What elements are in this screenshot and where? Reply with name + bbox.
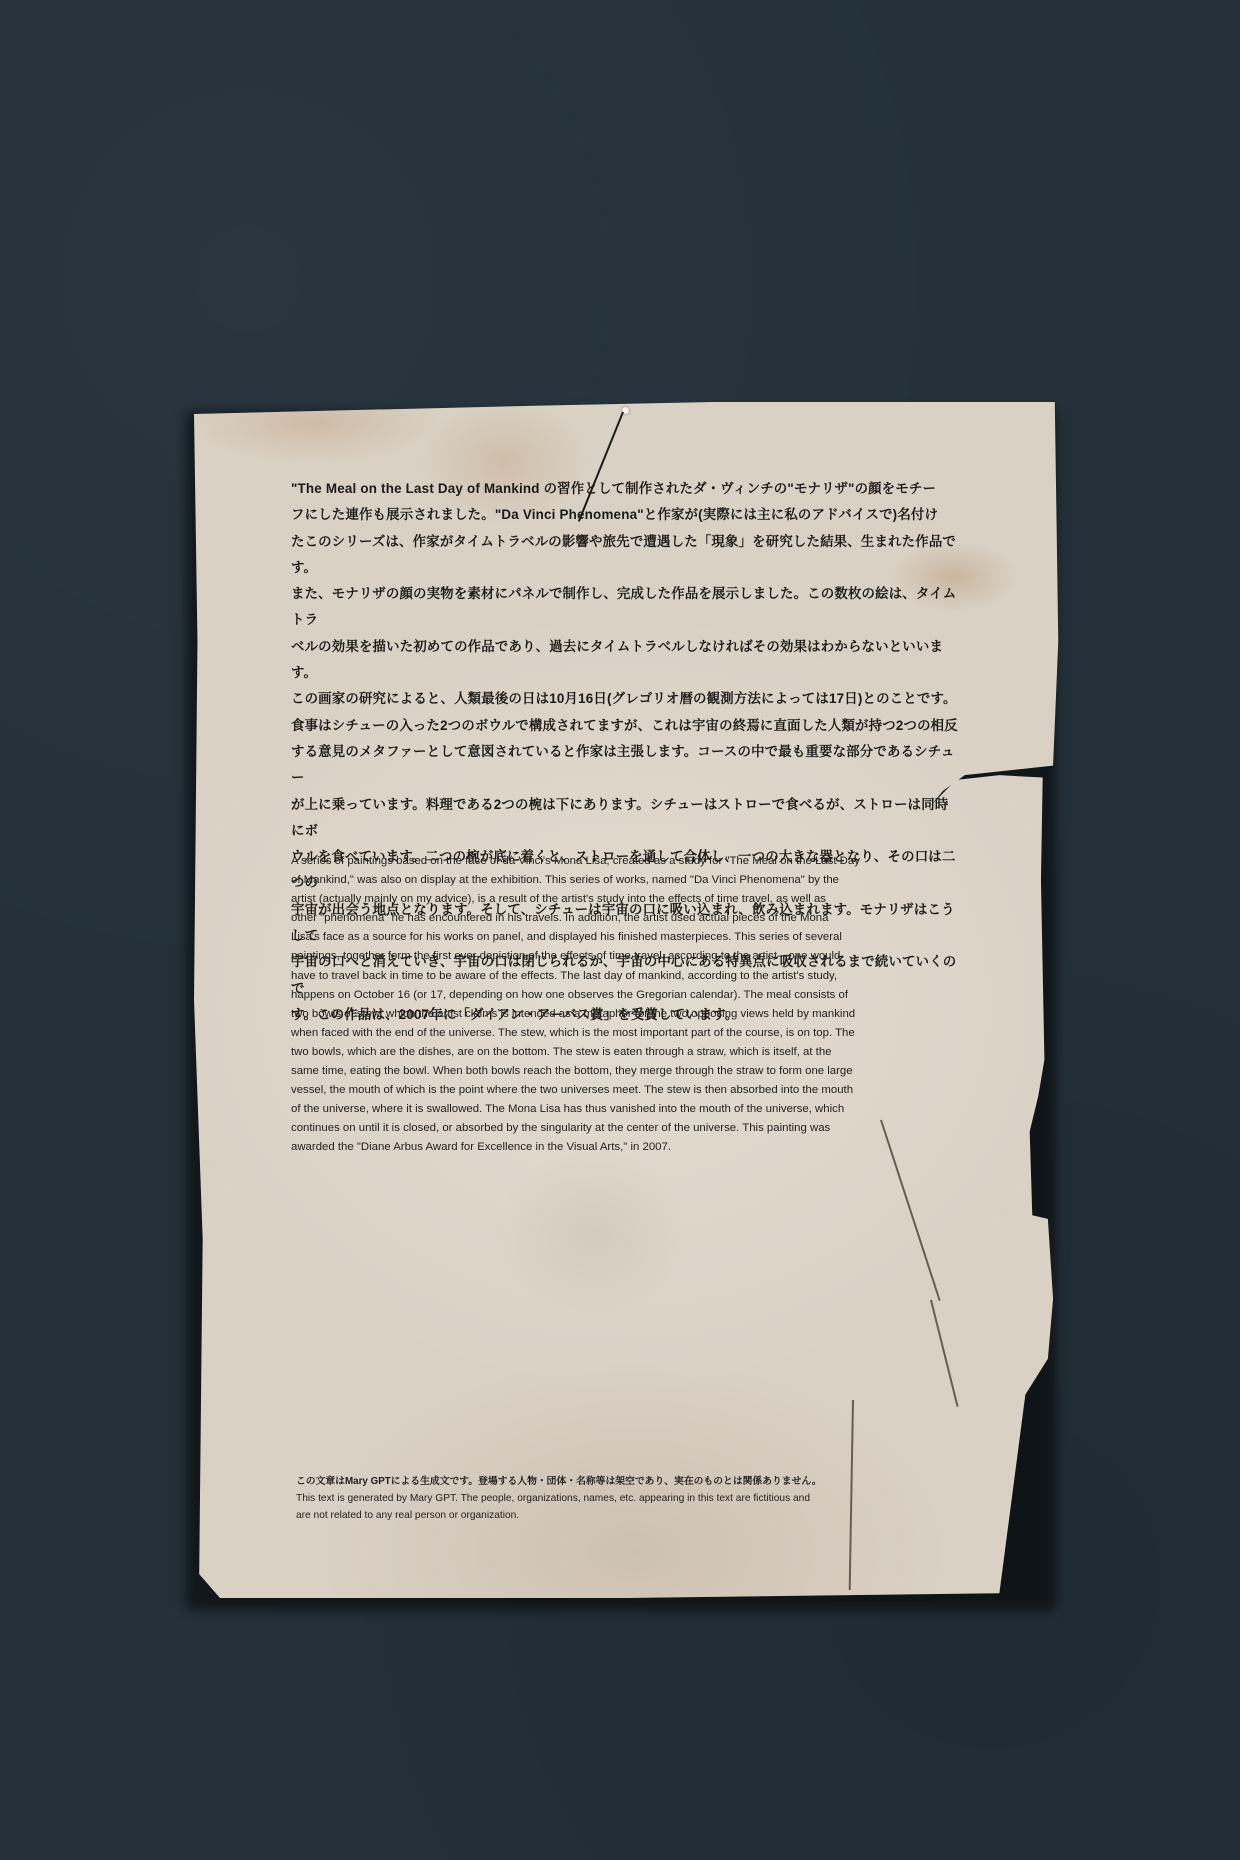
en-line: Lisa's face as a source for his works on… bbox=[291, 928, 956, 947]
en-line: awarded the "Diane Arbus Award for Excel… bbox=[291, 1138, 956, 1157]
en-line: same time, eating the bowl. When both bo… bbox=[291, 1062, 956, 1081]
en-line: continues on until it is closed, or abso… bbox=[291, 1119, 956, 1138]
disclaimer: この文章はMary GPTによる生成文です。登場する人物・団体・名称等は架空であ… bbox=[296, 1473, 936, 1524]
en-line: happens on October 16 (or 17, depending … bbox=[291, 986, 956, 1005]
jp-line: する意見のメタファーとして意図されていると作家は主張します。コースの中で最も重要… bbox=[291, 739, 961, 792]
jp-line: 食事はシチューの入った2つのボウルで構成されてますが、これは宇宙の終焉に直面した… bbox=[291, 713, 961, 739]
jp-line: が上に乗っています。料理である2つの椀は下にあります。シチューはストローで食べる… bbox=[291, 792, 961, 845]
jp-line: ベルの効果を描いた初めての作品であり、過去にタイムトラベルしなければその効果はわ… bbox=[291, 634, 961, 687]
disclaimer-english-line: are not related to any real person or or… bbox=[296, 1507, 936, 1524]
en-line: paintings, together form the first ever … bbox=[291, 947, 956, 966]
jp-line: たこのシリーズは、作家がタイムトラベルの影響や旅先で遭遇した「現象」を研究した結… bbox=[291, 529, 961, 582]
en-line: two bowls of stew, which the artist clai… bbox=[291, 1005, 956, 1024]
en-line: have to travel back in time to be aware … bbox=[291, 967, 956, 986]
en-line: of Mankind," was also on display at the … bbox=[291, 871, 956, 890]
en-line: vessel, the mouth of which is the point … bbox=[291, 1081, 956, 1100]
en-line: other "phenomena" he has encountered in … bbox=[291, 909, 956, 928]
en-line: A series of paintings based on the face … bbox=[291, 852, 956, 871]
en-line: artist (actually mainly on my advice), i… bbox=[291, 890, 956, 909]
disclaimer-english-line: This text is generated by Mary GPT. The … bbox=[296, 1490, 936, 1507]
english-description: A series of paintings based on the face … bbox=[291, 852, 956, 1158]
en-line: when faced with the end of the universe.… bbox=[291, 1024, 956, 1043]
jp-line: "The Meal on the Last Day of Mankind の習作… bbox=[291, 476, 961, 502]
jp-line: また、モナリザの顔の実物を素材にパネルで制作し、完成した作品を展示しました。この… bbox=[291, 581, 961, 634]
disclaimer-japanese: この文章はMary GPTによる生成文です。登場する人物・団体・名称等は架空であ… bbox=[296, 1473, 936, 1490]
jp-line: この画家の研究によると、人類最後の日は10月16日(グレゴリオ暦の観測方法によっ… bbox=[291, 686, 961, 712]
en-line: two bowls, which are the dishes, are on … bbox=[291, 1043, 956, 1062]
en-line: of the universe, where it is swallowed. … bbox=[291, 1100, 956, 1119]
jp-line: フにした連作も展示されました。"Da Vinci Phenomena"と作家が(… bbox=[291, 502, 961, 528]
